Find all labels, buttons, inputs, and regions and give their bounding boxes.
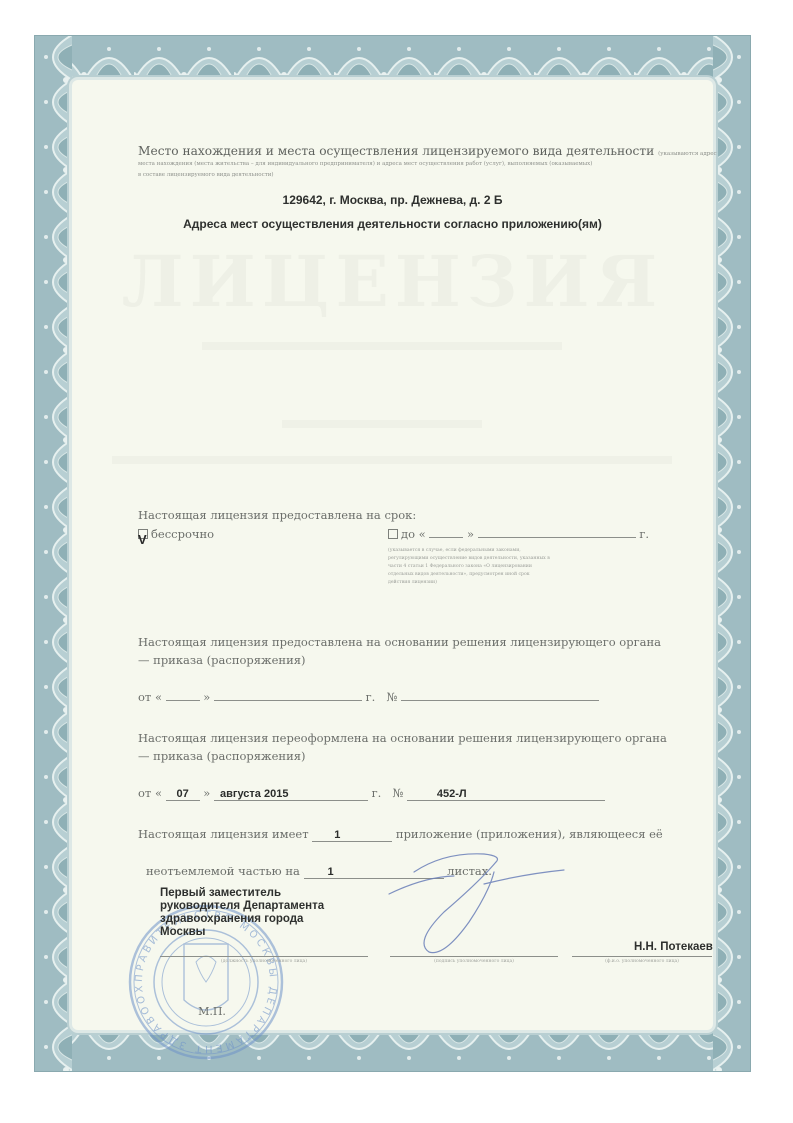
reissued-month-year-field: августа 2015	[214, 788, 368, 801]
until-day-field	[429, 537, 463, 538]
address: 129642, г. Москва, пр. Дежнева, д. 2 Б	[72, 193, 713, 207]
reissued-label-line-1: Настоящая лицензия переоформлена на осно…	[138, 731, 667, 745]
document-body: ЛИЦЕНЗИЯ Место нахождения и места осущес…	[72, 80, 713, 1030]
granted-day-field	[166, 700, 200, 701]
location-note-line-3: в составе лицензируемого вида деятельнос…	[138, 172, 274, 178]
reissued-order-line: от « 07 » августа 2015 г. № 452-Л	[138, 786, 605, 801]
addresses-note: Адреса мест осуществления деятельности с…	[72, 217, 713, 231]
location-note-line-2: места нахождения (места жительства – для…	[138, 161, 592, 167]
location-section-title: Место нахождения и места осуществления л…	[138, 144, 717, 158]
granted-label-line-2: — приказа (распоряжения)	[138, 653, 305, 667]
granted-number-field	[401, 700, 599, 701]
watermark-line	[112, 456, 672, 464]
reissued-day-field: 07	[166, 788, 200, 801]
check-mark: V	[138, 532, 147, 547]
location-title-note: (указываются адрес	[658, 151, 717, 157]
signatory-position: Первый заместитель руководителя Департам…	[160, 887, 324, 939]
position-caption: (должность уполномоченного лица)	[160, 959, 368, 964]
appendix-count-field: 1	[312, 829, 392, 842]
reissued-label-line-2: — приказа (распоряжения)	[138, 749, 305, 763]
granted-label-line-1: Настоящая лицензия предоставлена на осно…	[138, 635, 661, 649]
granted-month-year-field	[214, 700, 362, 701]
term-label: Настоящая лицензия предоставлена на срок…	[138, 508, 416, 522]
handwritten-signature	[384, 832, 584, 962]
watermark-line	[282, 420, 482, 428]
term-until-note: (указывается в случае, если федеральными…	[388, 547, 553, 587]
granted-order-line: от « » г. №	[138, 690, 599, 704]
position-line	[160, 956, 368, 957]
reissued-number-field: 452-Л	[407, 788, 605, 801]
name-line	[572, 956, 712, 957]
name-caption: (ф.и.о. уполномоченного лица)	[572, 959, 712, 964]
term-option-indefinite: бессрочно	[138, 527, 214, 541]
until-month-year-field	[478, 537, 636, 538]
term-option-until: до « » г.	[388, 527, 649, 541]
until-checkbox	[388, 529, 398, 539]
seal-label: М.П.	[198, 1005, 226, 1018]
watermark-text: ЛИЦЕНЗИЯ	[122, 240, 664, 323]
signatory-name: Н.Н. Потекаев	[634, 941, 713, 953]
certificate-sheet: ЛИЦЕНЗИЯ Место нахождения и места осущес…	[34, 35, 751, 1072]
watermark-line	[202, 342, 562, 350]
